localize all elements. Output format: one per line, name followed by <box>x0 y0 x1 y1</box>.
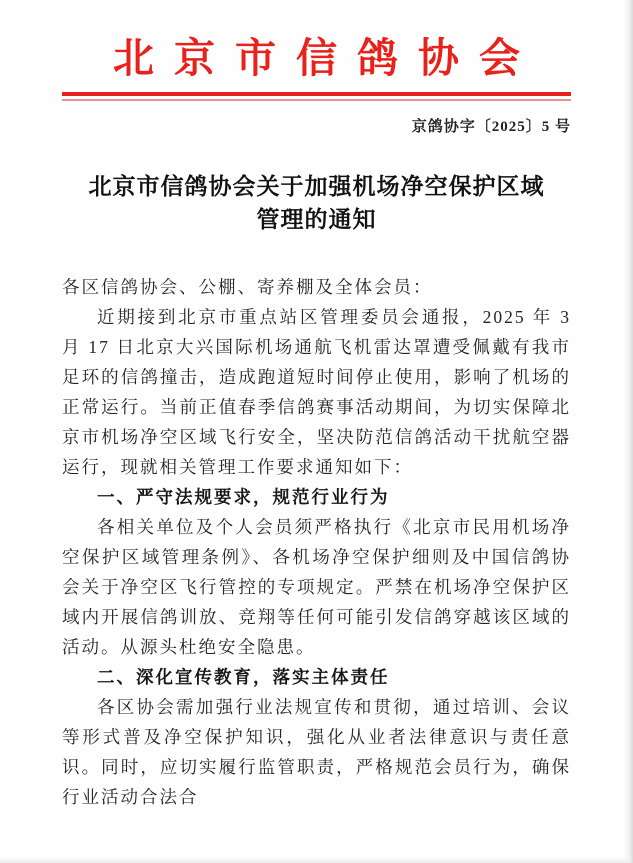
document-body: 各区信鸽协会、公棚、寄养棚及全体会员： 近期接到北京市重点站区管理委员会通报，2… <box>62 272 571 812</box>
red-rule-thin <box>62 99 571 101</box>
section-1-paragraph: 各相关单位及个人会员须严格执行《北京市民用机场净空保护区域管理条例》、各机场净空… <box>62 512 571 662</box>
red-rule-thick <box>62 92 571 96</box>
document-title-line1: 北京市信鸽协会关于加强机场净空保护区域 <box>56 170 577 203</box>
org-letterhead: 北京市信鸽协会 <box>0 34 633 83</box>
document-page: 北京市信鸽协会 京鸽协字〔2025〕5 号 北京市信鸽协会关于加强机场净空保护区… <box>0 0 633 863</box>
salutation: 各区信鸽协会、公棚、寄养棚及全体会员： <box>62 272 571 302</box>
document-title: 北京市信鸽协会关于加强机场净空保护区域 管理的通知 <box>56 170 577 236</box>
document-number: 京鸽协字〔2025〕5 号 <box>62 115 571 136</box>
section-1-heading: 一、严守法规要求，规范行业行为 <box>62 482 571 512</box>
document-title-line2: 管理的通知 <box>56 203 577 236</box>
section-2-heading: 二、深化宣传教育，落实主体责任 <box>62 662 571 692</box>
intro-paragraph: 近期接到北京市重点站区管理委员会通报，2025 年 3 月 17 日北京大兴国际… <box>62 302 571 482</box>
letterhead-divider <box>62 92 571 101</box>
section-2-paragraph: 各区协会需加强行业法规宣传和贯彻，通过培训、会议等形式普及净空保护知识，强化从业… <box>62 692 571 812</box>
